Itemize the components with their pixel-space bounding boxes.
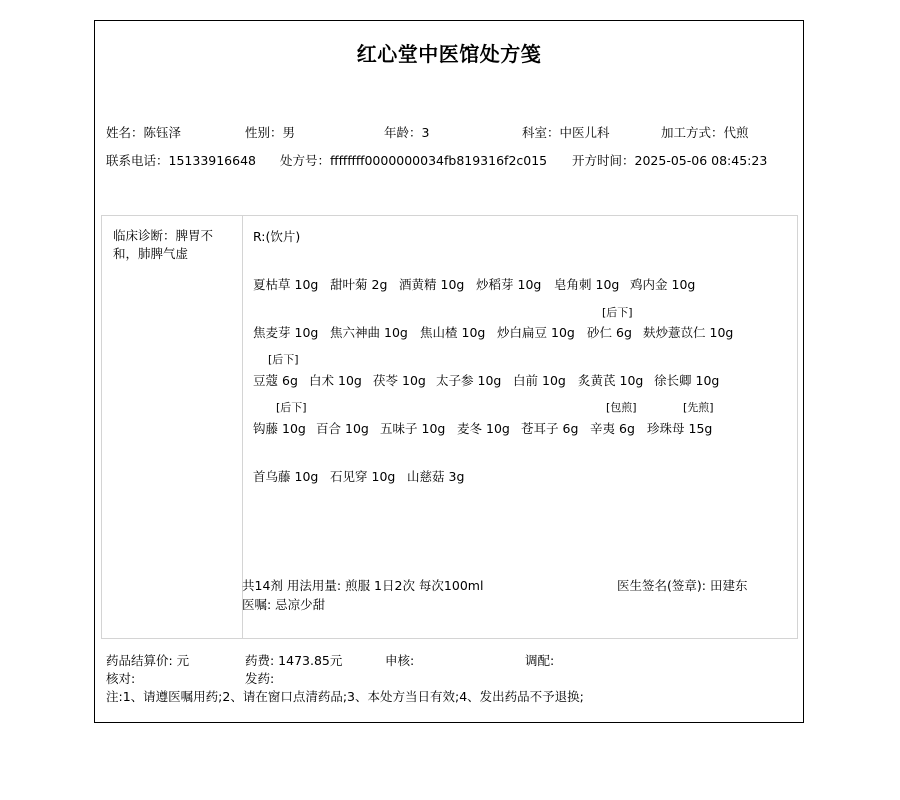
medical-advice: 医嘱: 忌凉少甜 [242, 595, 325, 613]
herb-item: 珍珠母 15g [647, 419, 712, 437]
prescription-number-label: 处方号： [280, 153, 330, 168]
doctor-name: 田建东 [710, 578, 748, 593]
patient-gender: 性别：男 [245, 123, 295, 141]
contact-phone-value: 15133916648 [169, 153, 256, 168]
herb-item: 麸炒薏苡仁 10g [643, 323, 733, 341]
herb-item: 苍耳子 6g [521, 419, 578, 437]
dispense-prep-field: 调配: [525, 651, 554, 669]
check-field: 核对: [106, 669, 135, 687]
herb-item: 徐长卿 10g [654, 371, 719, 389]
processing-method: 加工方式：代煎 [661, 123, 749, 141]
department: 科室：中医儿科 [522, 123, 610, 141]
prescription-number-value: ffffffff0000000034fb819316f2c015 [330, 153, 547, 168]
settlement-price: 药品结算价: 元 [106, 651, 189, 669]
patient-gender-value: 男 [283, 125, 296, 140]
herb-note: [后下] [602, 304, 633, 320]
herb-item: 山慈菇 3g [407, 467, 464, 485]
herb-item: 砂仁 6g [587, 323, 632, 341]
herb-item: 夏枯草 10g [253, 275, 318, 293]
issue-field: 发药: [245, 669, 274, 687]
herb-item: 豆蔻 6g [253, 371, 298, 389]
contact-phone-label: 联系电话： [106, 153, 169, 168]
notice-text: 注:1、请遵医嘱用药;2、请在窗口点清药品;3、本处方当日有效;4、发出药品不予… [106, 687, 584, 705]
doctor-signature: 医生签名(签章): 田建东 [617, 576, 747, 594]
patient-age-label: 年龄： [384, 125, 422, 140]
herb-note: [后下] [268, 351, 299, 367]
herb-item: 白前 10g [513, 371, 566, 389]
drug-fee: 药费: 1473.85元 [245, 651, 342, 669]
patient-gender-label: 性别： [245, 125, 283, 140]
herb-note: [先煎] [683, 399, 714, 415]
herb-item: 鸡内金 10g [630, 275, 695, 293]
prescription-time-label: 开方时间： [572, 153, 635, 168]
clinical-diagnosis: 临床诊断：脾胃不和，肺脾气虚 [113, 227, 225, 263]
herb-item: 酒黄精 10g [399, 275, 464, 293]
herb-item: 首乌藤 10g [253, 467, 318, 485]
department-value: 中医儿科 [560, 125, 610, 140]
herb-item: 石见穿 10g [330, 467, 395, 485]
rx-header: R:(饮片) [253, 227, 300, 245]
herb-item: 茯苓 10g [373, 371, 426, 389]
herb-item: 白术 10g [309, 371, 362, 389]
prescription-time-value: 2025-05-06 08:45:23 [635, 153, 768, 168]
patient-age-value: 3 [422, 125, 430, 140]
page-title: 红心堂中医馆处方笺 [95, 38, 803, 67]
herb-item: 炙黄芪 10g [578, 371, 643, 389]
herb-item: 甜叶菊 2g [330, 275, 387, 293]
herb-item: 炒稻芽 10g [476, 275, 541, 293]
prescription-sheet: 红心堂中医馆处方笺 姓名：陈钰泽 性别：男 年龄：3 科室：中医儿科 加工方式：… [94, 20, 804, 723]
review-field: 申核: [385, 651, 414, 669]
patient-name: 姓名：陈钰泽 [106, 123, 181, 141]
patient-name-label: 姓名： [106, 125, 144, 140]
contact-phone: 联系电话：15133916648 [106, 151, 256, 169]
herb-item: 太子参 10g [436, 371, 501, 389]
doctor-signature-label: 医生签名(签章): [617, 578, 710, 593]
prescription-number: 处方号：ffffffff0000000034fb819316f2c015 [280, 151, 547, 169]
prescription-body: 临床诊断：脾胃不和，肺脾气虚 R:(饮片) 夏枯草 10g 甜叶菊 2g 酒黄精… [101, 215, 798, 639]
herb-item: 麦冬 10g [457, 419, 510, 437]
processing-method-value: 代煎 [724, 125, 749, 140]
patient-age: 年龄：3 [384, 123, 429, 141]
herb-note: [后下] [276, 399, 307, 415]
herb-item: 百合 10g [316, 419, 369, 437]
herb-item: 辛夷 6g [590, 419, 635, 437]
herb-item: 焦六神曲 10g [330, 323, 408, 341]
prescription-time: 开方时间：2025-05-06 08:45:23 [572, 151, 767, 169]
department-label: 科室： [522, 125, 560, 140]
herb-item: 炒白扁豆 10g [497, 323, 575, 341]
processing-method-label: 加工方式： [661, 125, 724, 140]
column-divider [242, 216, 243, 638]
herb-item: 皂角刺 10g [554, 275, 619, 293]
herb-item: 焦麦芽 10g [253, 323, 318, 341]
patient-name-value: 陈钰泽 [144, 125, 182, 140]
herb-item: 钩藤 10g [253, 419, 306, 437]
herb-item: 五味子 10g [380, 419, 445, 437]
herb-note: [包煎] [606, 399, 637, 415]
usage-instructions: 共14剂 用法用量: 煎服 1日2次 每次100ml [242, 576, 483, 594]
diagnosis-label: 临床诊断： [113, 228, 176, 243]
herb-item: 焦山楂 10g [420, 323, 485, 341]
